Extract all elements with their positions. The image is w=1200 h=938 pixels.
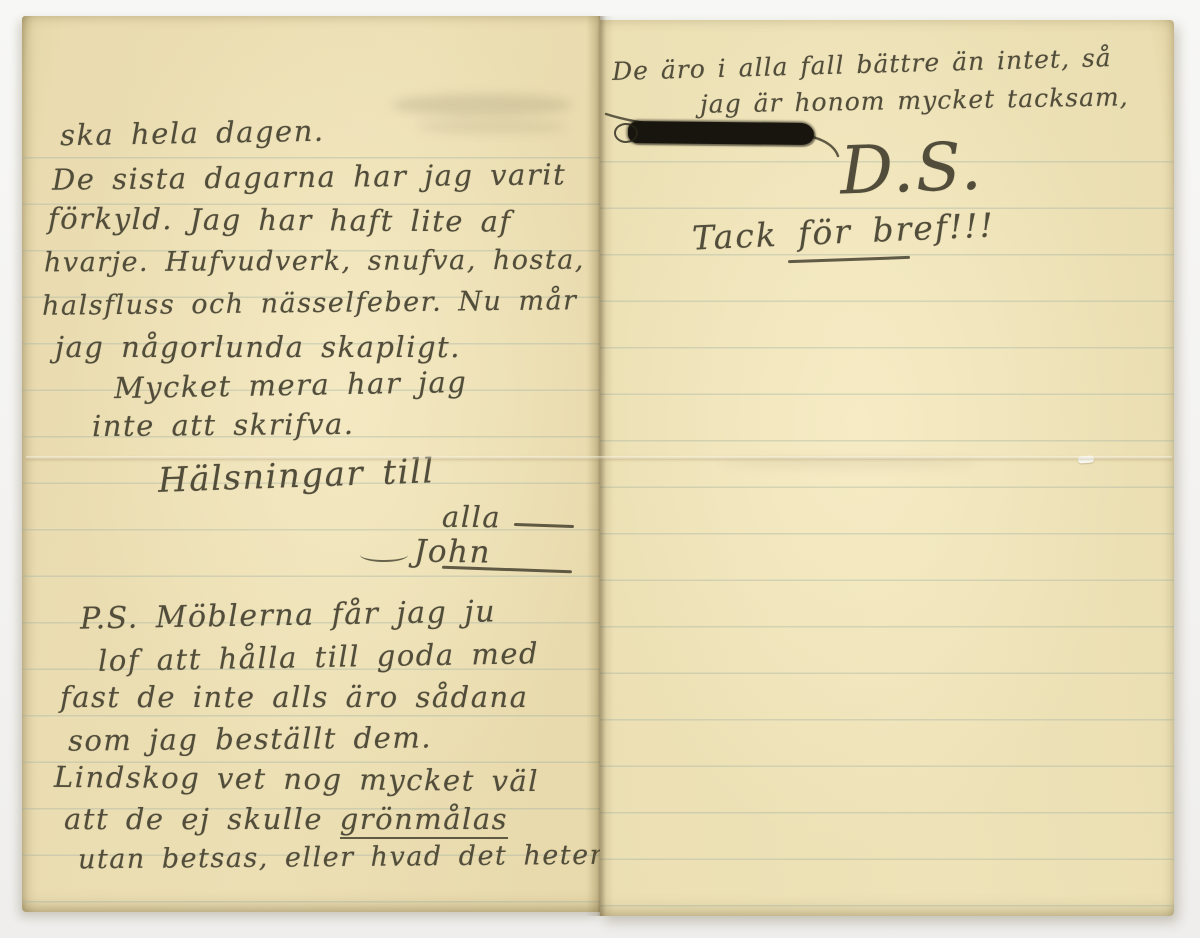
handwritten-line: ska hela dagen. [60,114,325,153]
handwritten-line: hvarje. Hufvudverk, snufva, hosta, [44,245,585,279]
thanks-line: Tack för bref!!! [691,205,995,257]
handwritten-line: halsfluss och nässelfeber. Nu mår [42,285,578,322]
handwritten-line: jag någorlunda skapligt. [55,330,461,364]
postscript-line: fast de inte alls äro sådana [60,680,528,714]
handwritten-line: De sista dagarna har jag varit [52,157,566,196]
handwritten-line: Mycket mera har jag [114,365,468,405]
ink-scribble-redaction [628,121,814,145]
closing-line: Hälsningar till [157,451,435,501]
letter-sheet-left: ska hela dagen. De sista dagarna har jag… [22,16,600,912]
postscript-line: att de ej skulle grönmålas [64,802,508,836]
postscript-continuation-line: De äro i alla fall bättre än intet, så [612,43,1112,86]
postscript-line: Lindskog vet nog mycket väl [54,760,539,798]
bleedthrough-smudge [392,94,572,116]
alla-underline-stroke [514,523,574,528]
bleedthrough-smudge [417,120,567,134]
bref-underline-stroke [788,256,910,263]
photo-background: ska hela dagen. De sista dagarna har jag… [0,0,1200,938]
paper-tear-mark [1078,455,1094,463]
signature: John [414,533,492,570]
letter-sheet-right: De äro i alla fall bättre än intet, så j… [600,20,1174,916]
postscript-continuation-line: jag är honom mycket tacksam, [700,82,1129,118]
underlined-word: grönmålas [340,802,508,839]
postscript-line: lof att hålla till goda med [98,636,540,678]
postscript-line: som jag beställt dem. [68,720,432,757]
bleedthrough-smudge [720,458,980,468]
closing-line: alla [442,500,501,535]
handwritten-line: inte att skrifva. [92,407,355,443]
signoff-ds: D.S. [839,128,985,210]
postscript-line: P.S. Möblerna får jag ju [80,594,497,636]
postscript-text: att de ej skulle [64,802,340,836]
signature-leading-swash [360,548,408,562]
handwritten-line: förkyld. Jag har haft lite af [48,201,512,238]
postscript-line: utan betsas, eller hvad det heter. [78,840,600,876]
